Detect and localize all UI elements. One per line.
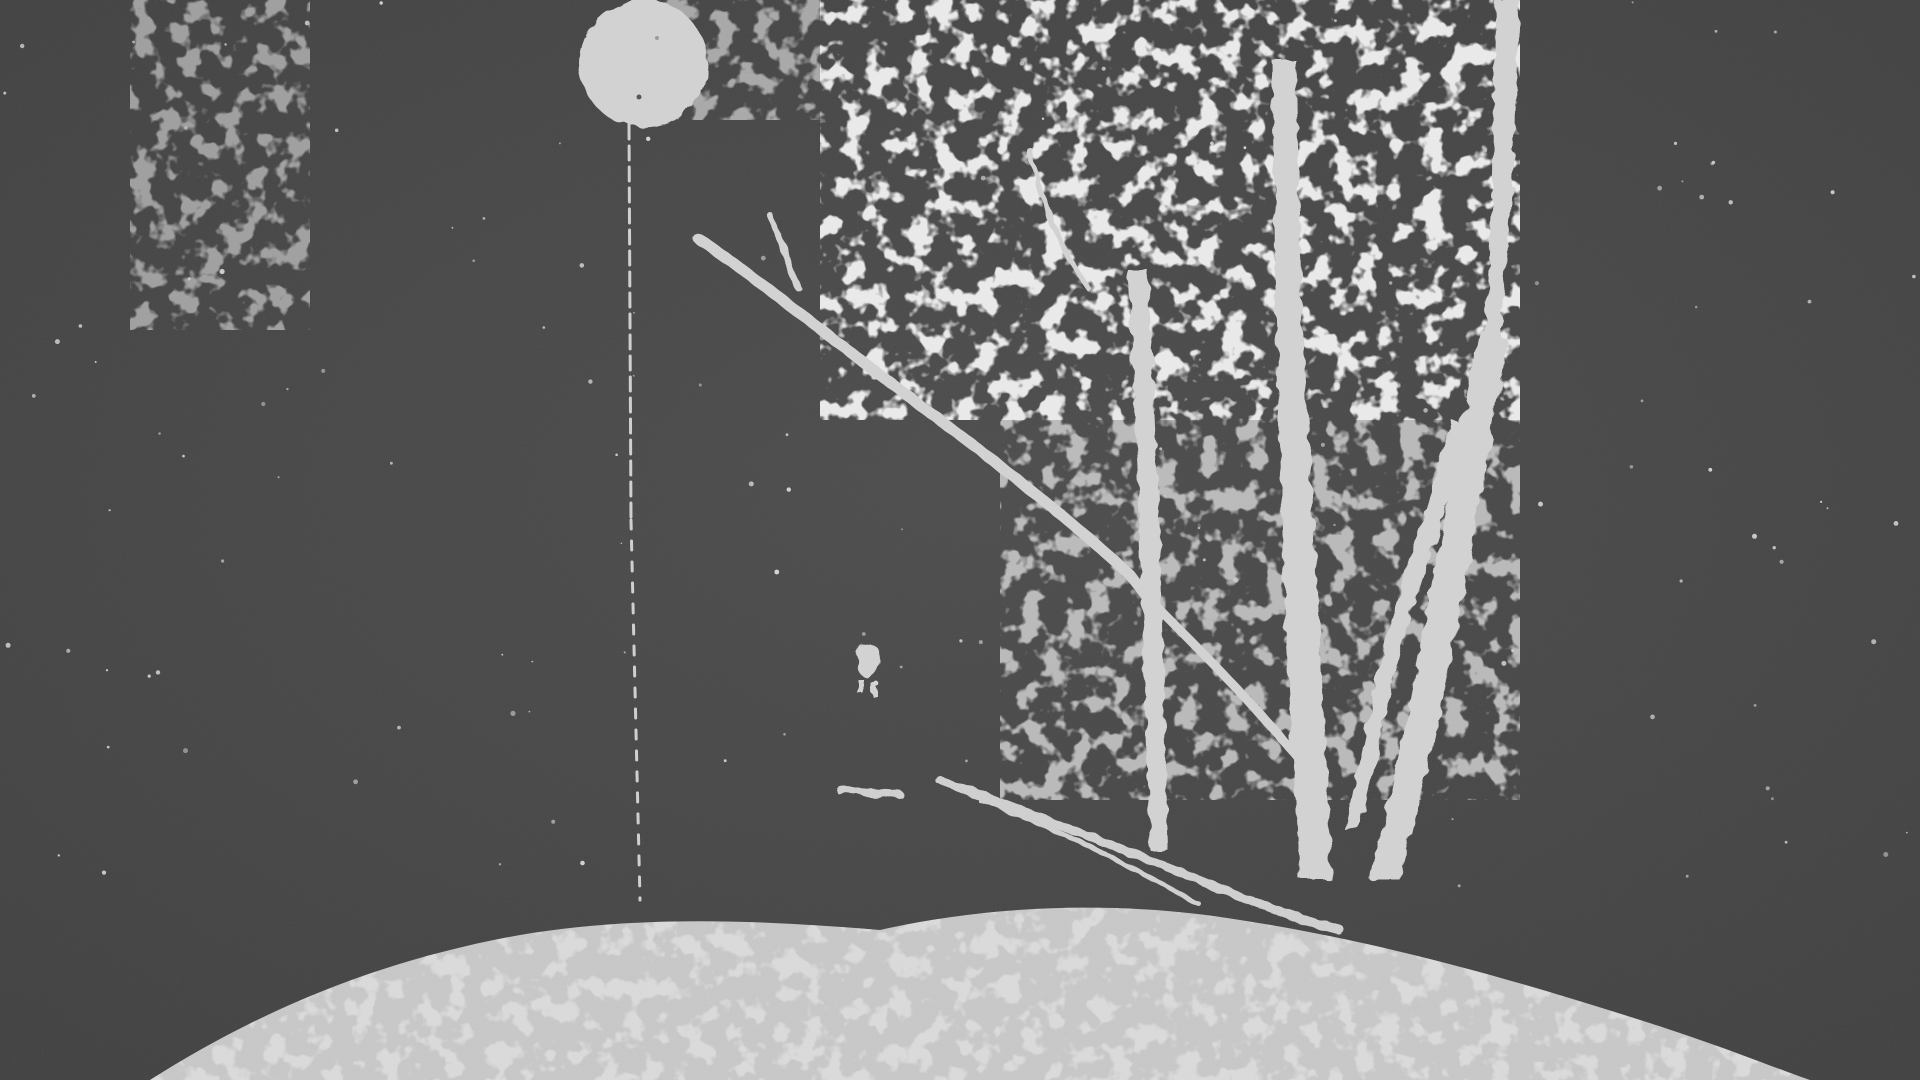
night-landscape-image bbox=[0, 0, 1920, 1080]
film-grain bbox=[0, 0, 1920, 1080]
